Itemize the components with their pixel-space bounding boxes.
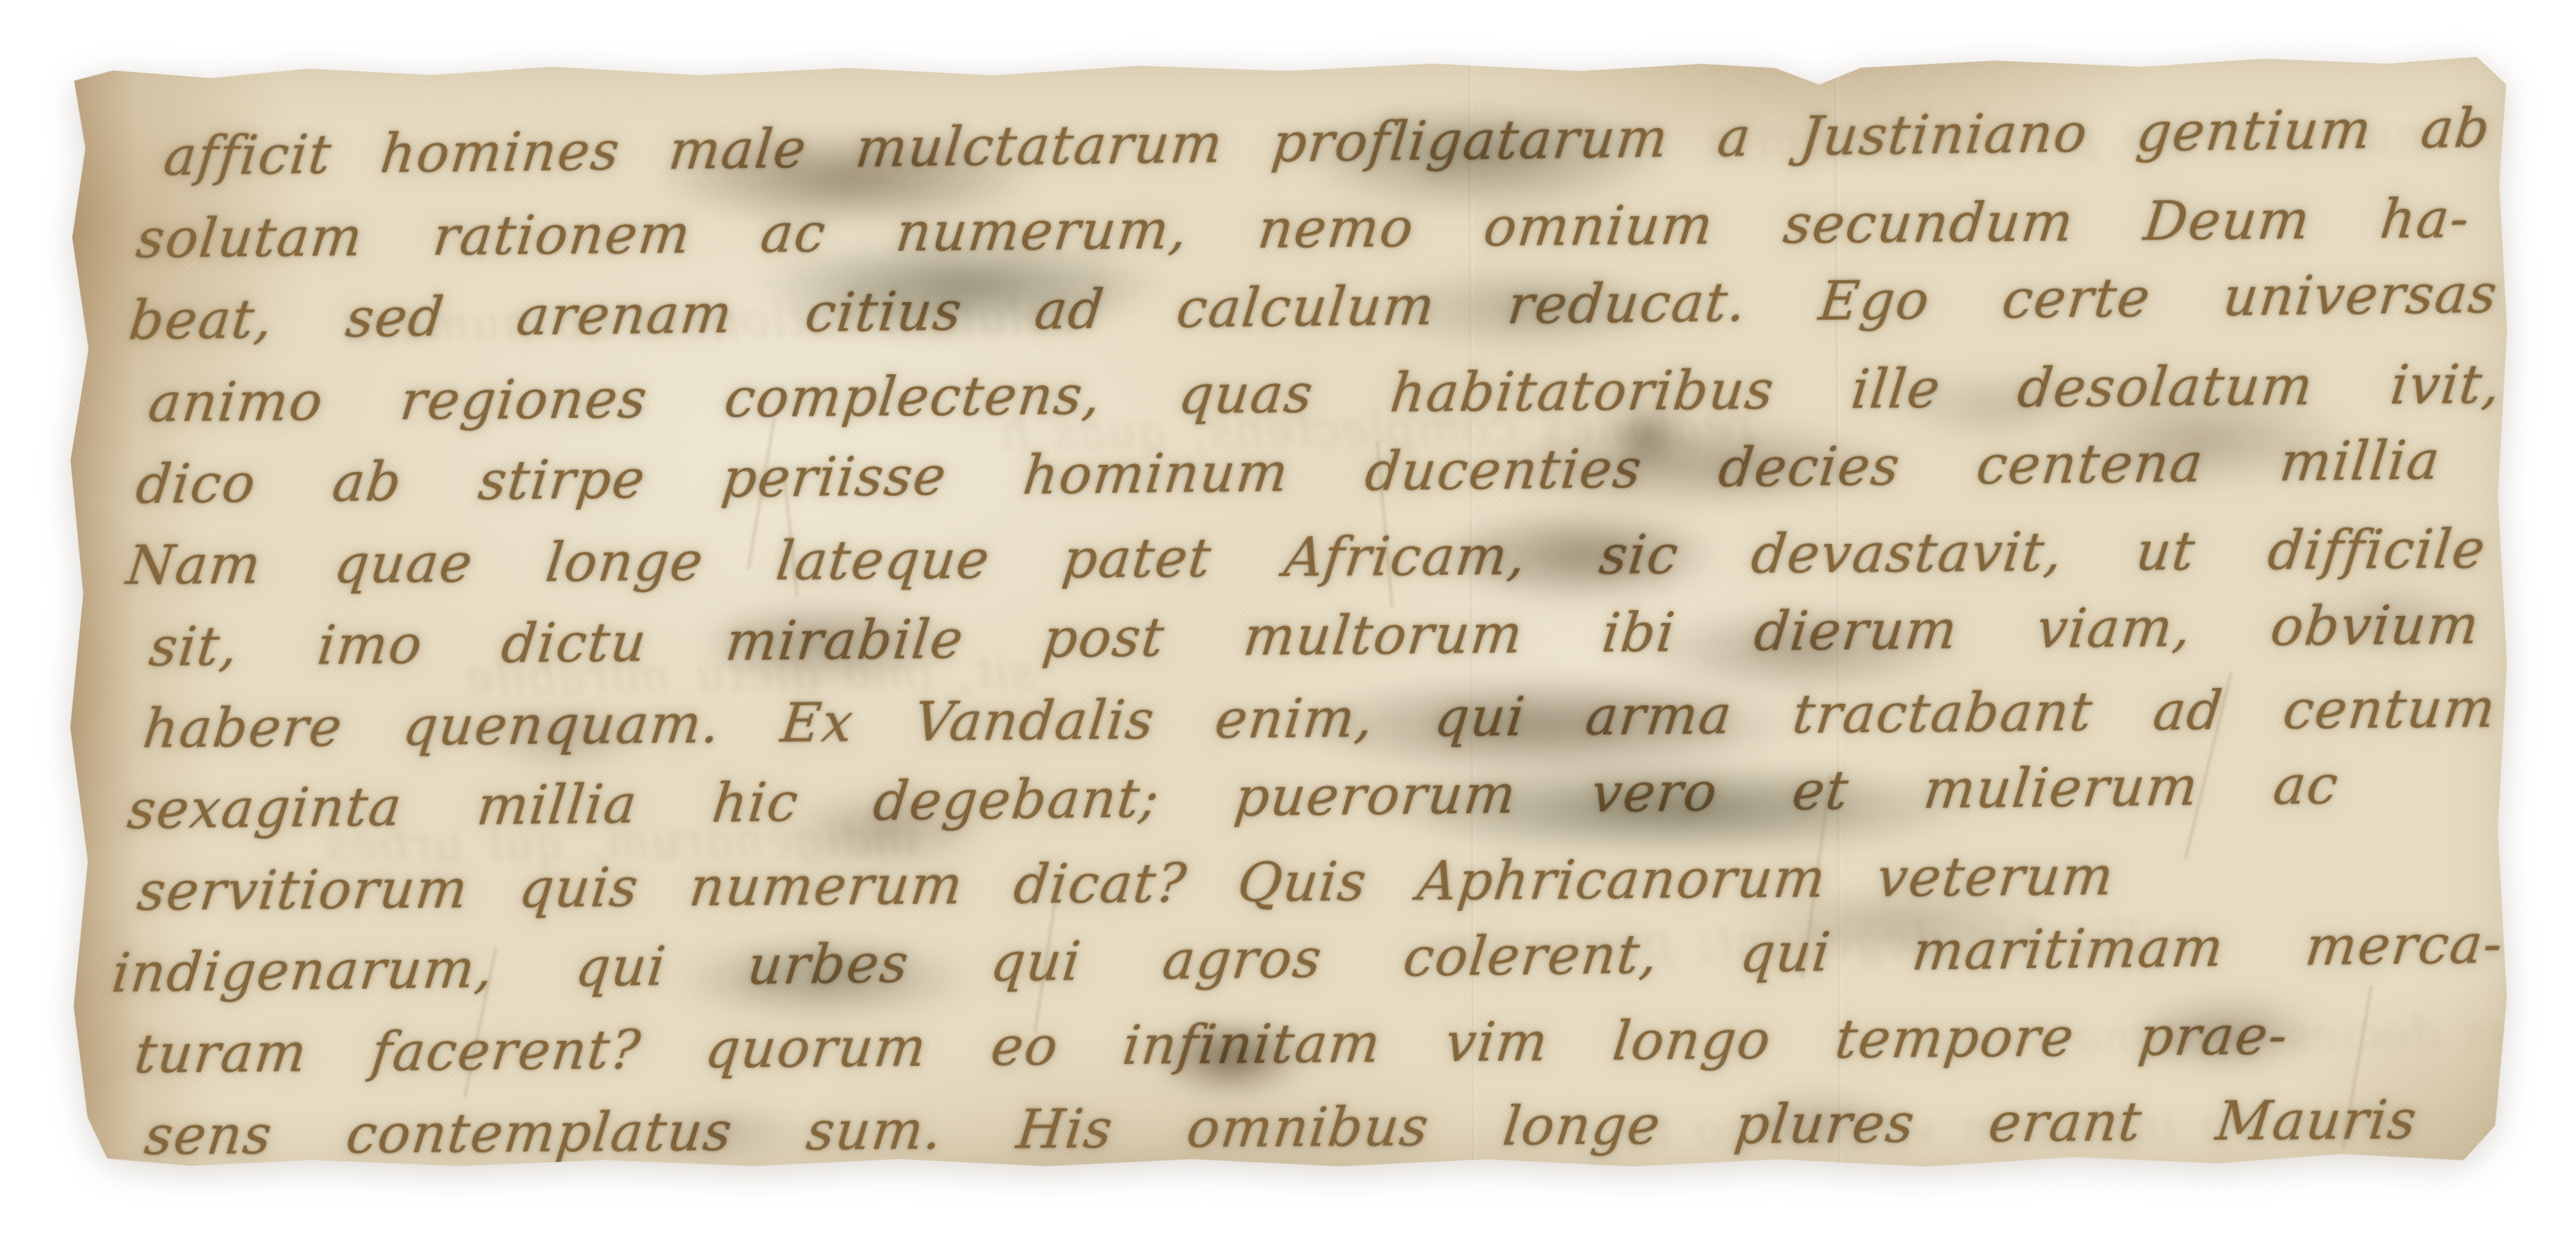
manuscript-text: afficit homines male mulctatarum proflig… xyxy=(64,51,2509,59)
manuscript-page: solutam rationem ac numeruregiones compl… xyxy=(64,51,2512,1173)
ink-smudge-layer xyxy=(64,51,2509,59)
manuscript-line-2: solutam rationem ac numerum, nemo omnium… xyxy=(134,188,2474,269)
manuscript-line-13: sens contemplatus sum. His omnibus longe… xyxy=(141,1089,2420,1166)
manuscript-line-11: indigenarum, qui urbes qui agros coleren… xyxy=(109,914,2507,1004)
manuscript-line-12: turam facerent? quorum eo infinitam vim … xyxy=(132,1005,2292,1084)
manuscript-line-1: afficit homines male mulctatarum proflig… xyxy=(161,98,2494,186)
manuscript-line-9: sexaginta millia hic degebant; puerorum … xyxy=(125,754,2342,840)
manuscript-line-4: animo regiones complectens, quas habitat… xyxy=(145,354,2505,433)
manuscript-line-8: habere quenquam. Ex Vandalis enim, qui a… xyxy=(140,678,2500,759)
manuscript-line-3: beat, sed arenam citius ad calculum redu… xyxy=(126,263,2501,350)
bleed-through-layer: solutam rationem ac numeruregiones compl… xyxy=(64,51,2509,59)
manuscript-line-6: Nam quae longe lateque patet Africam, si… xyxy=(123,519,2489,596)
manuscript-photo: solutam rationem ac numeruregiones compl… xyxy=(64,51,2512,1173)
photo-background: { "document": { "kind": "Handwritten man… xyxy=(0,0,2576,1235)
manuscript-line-10: servitiorum quis numerum dicat? Quis Aph… xyxy=(134,845,2118,921)
manuscript-line-5: dico ab stirpe periisse hominum ducentie… xyxy=(133,430,2444,515)
manuscript-line-7: sit, imo dictu mirabile post multorum ib… xyxy=(147,594,2483,677)
